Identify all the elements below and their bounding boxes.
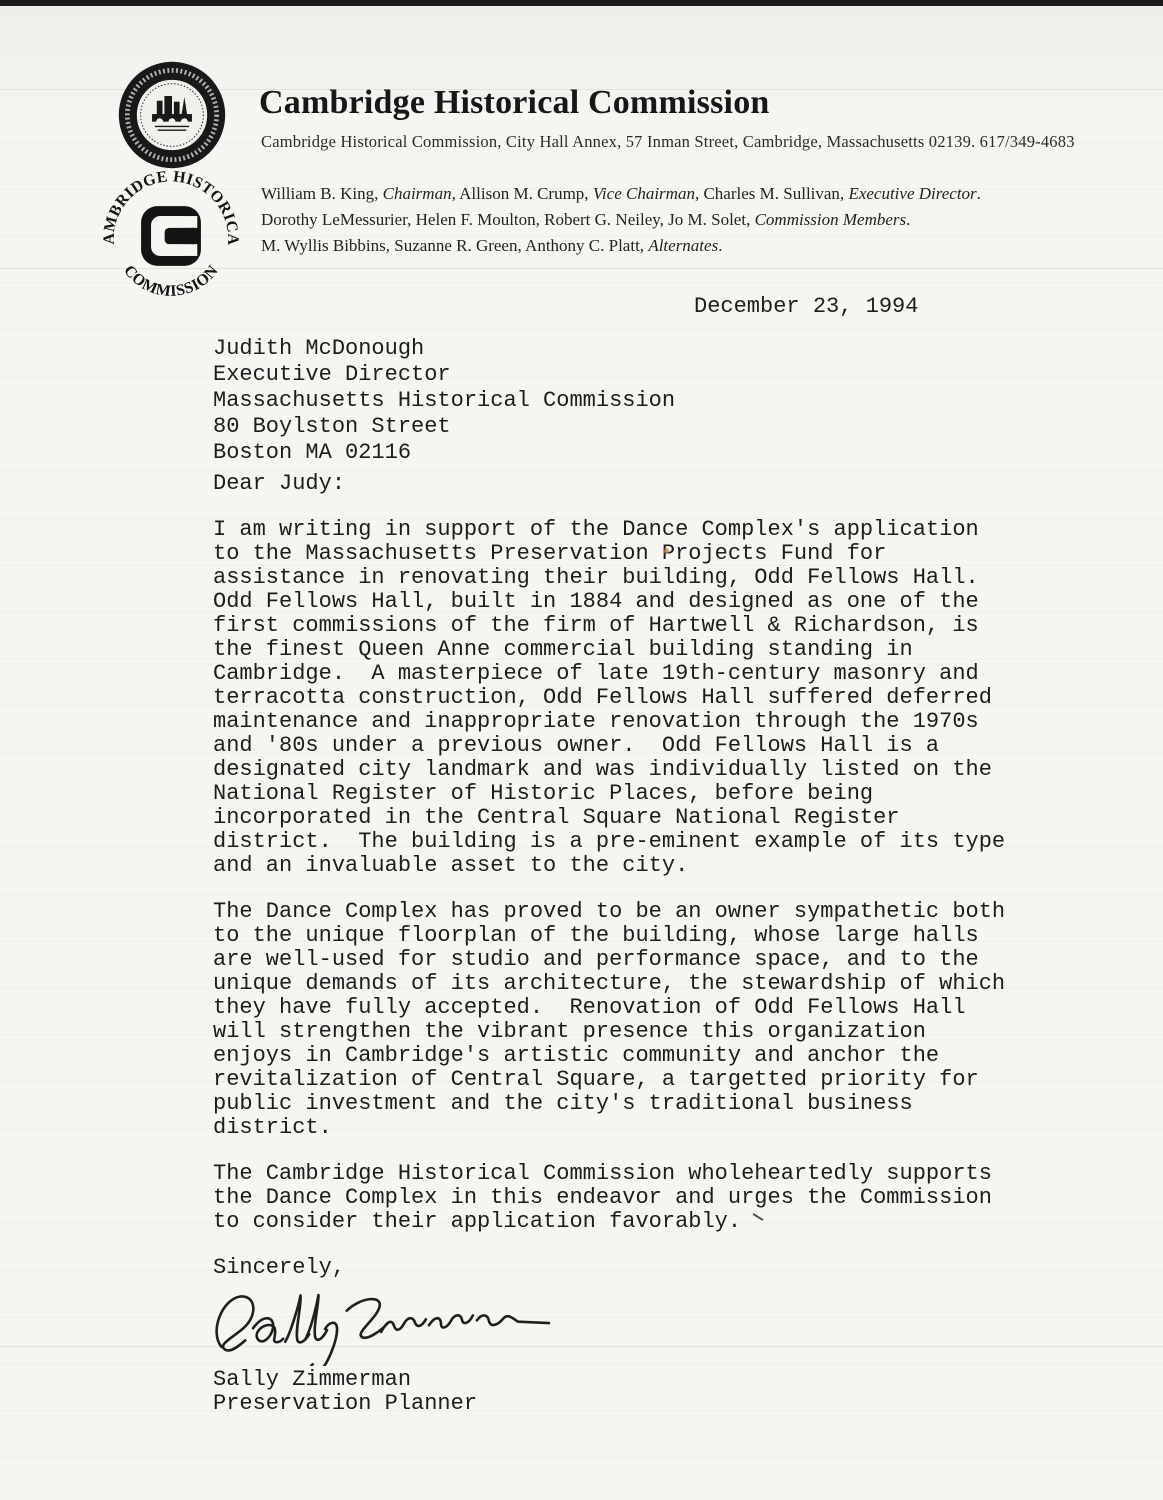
chc-round-logo-icon: CAMBRIDGE HISTORICAL COMMISSION (100, 168, 242, 304)
members-line: M. Wyllis Bibbins, Suzanne R. Green, Ant… (261, 233, 981, 259)
body-paragraph: The Cambridge Historical Commission whol… (213, 1162, 1093, 1234)
members-line: William B. King, Chairman, Allison M. Cr… (261, 181, 981, 207)
handwritten-signature-icon (205, 1284, 561, 1366)
letter-date: December 23, 1994 (694, 294, 918, 319)
scanned-letter-page: Cambridge Historical Commission Cambridg… (0, 0, 1163, 1500)
svg-text:COMMISSION: COMMISSION (120, 262, 222, 300)
letter-body: Dear Judy: I am writing in support of th… (213, 472, 1093, 1416)
scan-edge-strip (0, 0, 1163, 6)
closing: Sincerely, (213, 1256, 1093, 1280)
org-address-line: Cambridge Historical Commission, City Ha… (261, 132, 1075, 152)
logo-arc-bottom-text: COMMISSION (120, 262, 222, 300)
commission-members-list: William B. King, Chairman, Allison M. Cr… (261, 181, 981, 259)
signature-name-title: Sally Zimmerman Preservation Planner (213, 1368, 1093, 1416)
city-of-cambridge-seal-icon (115, 58, 229, 172)
org-title: Cambridge Historical Commission (259, 84, 770, 122)
members-line: Dorothy LeMessurier, Helen F. Moulton, R… (261, 207, 981, 233)
logo-c-glyph (141, 206, 201, 266)
scan-speck (664, 548, 669, 554)
recipient-address-block: Judith McDonough Executive Director Mass… (213, 336, 675, 466)
body-paragraph: The Dance Complex has proved to be an ow… (213, 900, 1093, 1140)
salutation: Dear Judy: (213, 472, 1093, 496)
body-paragraph: I am writing in support of the Dance Com… (213, 518, 1093, 878)
